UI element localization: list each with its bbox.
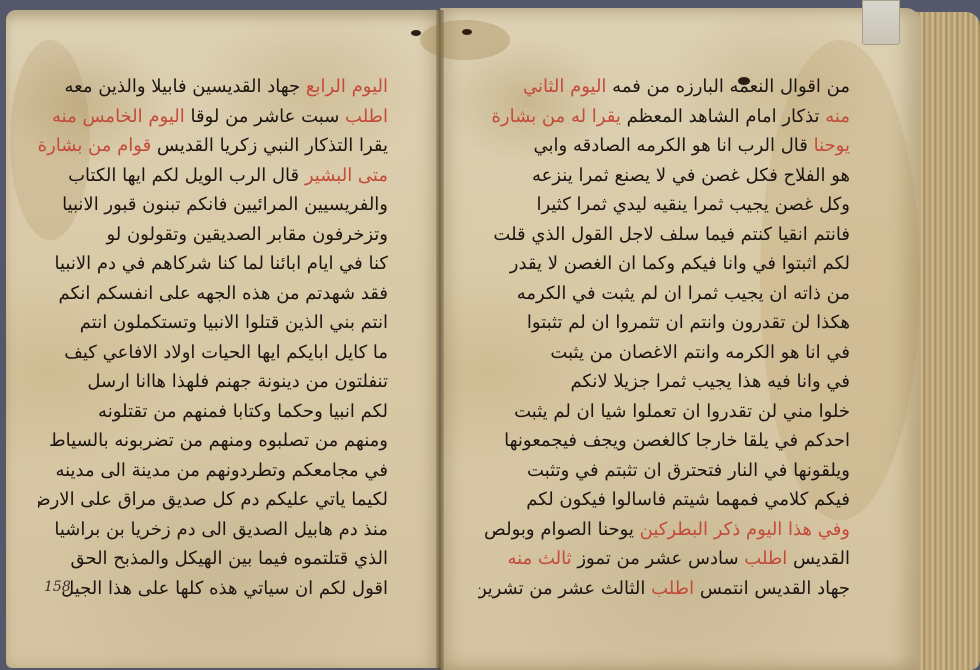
line-text: قال الرب انا هو الكرمه الصادقه وابي [534,135,808,156]
text-line: لكم اثبتوا في وانا فيكم وكما ان الغصن لا… [478,249,850,279]
text-line: يوحنا قال الرب انا هو الكرمه الصادقه واب… [478,131,850,161]
text-line: من ذاته ان يجيب ثمرا ان لم يثبت في الكرم… [478,279,850,309]
rubric: يوحنا [814,135,850,156]
line-text: قال الرب الويل لكم ايها الكتاب [68,165,299,186]
text-line: انتم بني الذين قتلوا الانبيا وتستكملون ا… [38,308,388,338]
text-line: القديس اطلب سادس عشر من تموز ثالث منه [478,544,850,574]
line-text: يوحنا الصوام وبولص الجديد [478,519,634,540]
line-text: سادس عشر من تموز [577,548,738,569]
rubric: متى البشير [305,165,388,186]
text-line: منه تذكار امام الشاهد المعظم يقرا له من … [478,102,850,132]
line-text: جهاد القديسين فابيلا والذين معه [65,76,301,97]
text-line: اطلب سبت عاشر من لوقا اليوم الخامس منه [38,102,388,132]
rubric: اليوم الخامس منه [52,106,185,127]
rubric: اطلب [744,548,787,569]
line-text: سبت عاشر من لوقا [190,106,339,127]
folio-number: 158 [44,579,71,595]
line-text: من اقوال النعمه البارزه من فمه [612,76,850,97]
text-line: فقد شهدتم من هذه الجهه على انفسكم انكم [38,279,388,309]
worm-hole [411,30,421,36]
text-line: اليوم الرابع جهاد القديسين فابيلا والذين… [38,72,388,102]
text-line: وتزخرفون مقابر الصديقين وتقولون لو [38,220,388,250]
worm-hole [462,29,472,35]
text-line: جهاد القديس انتمس اطلب الثالث عشر من تشر… [478,574,850,604]
line-text: تذكار امام الشاهد المعظم [627,106,820,127]
text-line: كنا في ايام ابائنا لما كنا شركاهم في دم … [38,249,388,279]
rubric: قوام من بشارة [38,135,151,156]
text-line: فانتم انقيا كنتم فيما سلف لاجل القول الذ… [478,220,850,250]
text-line: ومنهم من تصلبوه ومنهم من تضربونه بالسياط [38,426,388,456]
page-tab-marker [862,0,900,45]
text-line: في مجامعكم وتطردونهم من مدينة الى مدينه [38,456,388,486]
text-line: هكذا لن تقدرون وانتم ان تثمروا ان لم تثب… [478,308,850,338]
text-line: وفي هذا اليوم ذكر البطركين يوحنا الصوام … [478,515,850,545]
text-line: فيكم كلامي فمهما شيتم فاسالوا فيكون لكم [478,485,850,515]
text-line: تنفلتون من دينونة جهنم فلهذا هاانا ارسل [38,367,388,397]
line-text: الثالث عشر من تشرين الثاني [478,578,645,599]
text-line: ما كايل ابايكم ايها الحيات اولاد الافاعي… [38,338,388,368]
rubric: اليوم الرابع [306,76,388,97]
text-line: يقرا التذكار النبي زكريا القديس قوام من … [38,131,388,161]
left-page-text: اليوم الرابع جهاد القديسين فابيلا والذين… [38,72,388,603]
text-line: احدكم في يلقا خارجا كالغصن ويجف فيجمعونه… [478,426,850,456]
text-line: منذ دم هابيل الصديق الى دم زخريا بن براش… [38,515,388,545]
text-line: والفريسيين المرائيين فانكم تبنون قبور ال… [38,190,388,220]
rubric: وفي هذا اليوم ذكر البطركين [640,519,850,540]
text-line: لكم انبيا وحكما وكتابا فمنهم من تقتلونه [38,397,388,427]
text-line: لكيما ياتي عليكم دم كل صديق مراق على الا… [38,485,388,515]
manuscript-scene: اليوم الرابع جهاد القديسين فابيلا والذين… [0,0,980,670]
line-text: جهاد القديس انتمس [700,578,850,599]
text-line: متى البشير قال الرب الويل لكم ايها الكتا… [38,161,388,191]
text-line: من اقوال النعمه البارزه من فمه اليوم الث… [478,72,850,102]
rubric: منه [825,106,850,127]
rubric: ثالث منه [508,548,572,569]
rubric: يقرا له من بشارة [491,106,620,127]
rubric: اليوم الثاني [523,76,607,97]
text-line: في انا هو الكرمه وانتم الاغصان من يثبت [478,338,850,368]
right-page-text: من اقوال النعمه البارزه من فمه اليوم الث… [478,72,850,603]
text-line: الذي قتلتموه فيما بين الهيكل والمذبح الح… [38,544,388,574]
text-line: في وانا فيه هذا يجيب ثمرا جزيلا لانكم [478,367,850,397]
text-line: ويلقونها في النار فتحترق ان تثبتم في وتث… [478,456,850,486]
text-line: اقول لكم ان سياتي هذه كلها على هذا الجيل [38,574,388,604]
text-line: هو الفلاح فكل غصن في لا يصنع ثمرا ينزعه [478,161,850,191]
line-text: القديس [793,548,850,569]
book-gutter [436,10,444,670]
text-line: خلوا مني لن تقدروا ان تعملوا شيا ان لم ي… [478,397,850,427]
rubric: اطلب [345,106,388,127]
rubric: اطلب [651,578,694,599]
line-text: يقرا التذكار النبي زكريا القديس [157,135,388,156]
text-line: وكل غصن يجيب ثمرا ينقيه ليدي ثمرا كثيرا [478,190,850,220]
